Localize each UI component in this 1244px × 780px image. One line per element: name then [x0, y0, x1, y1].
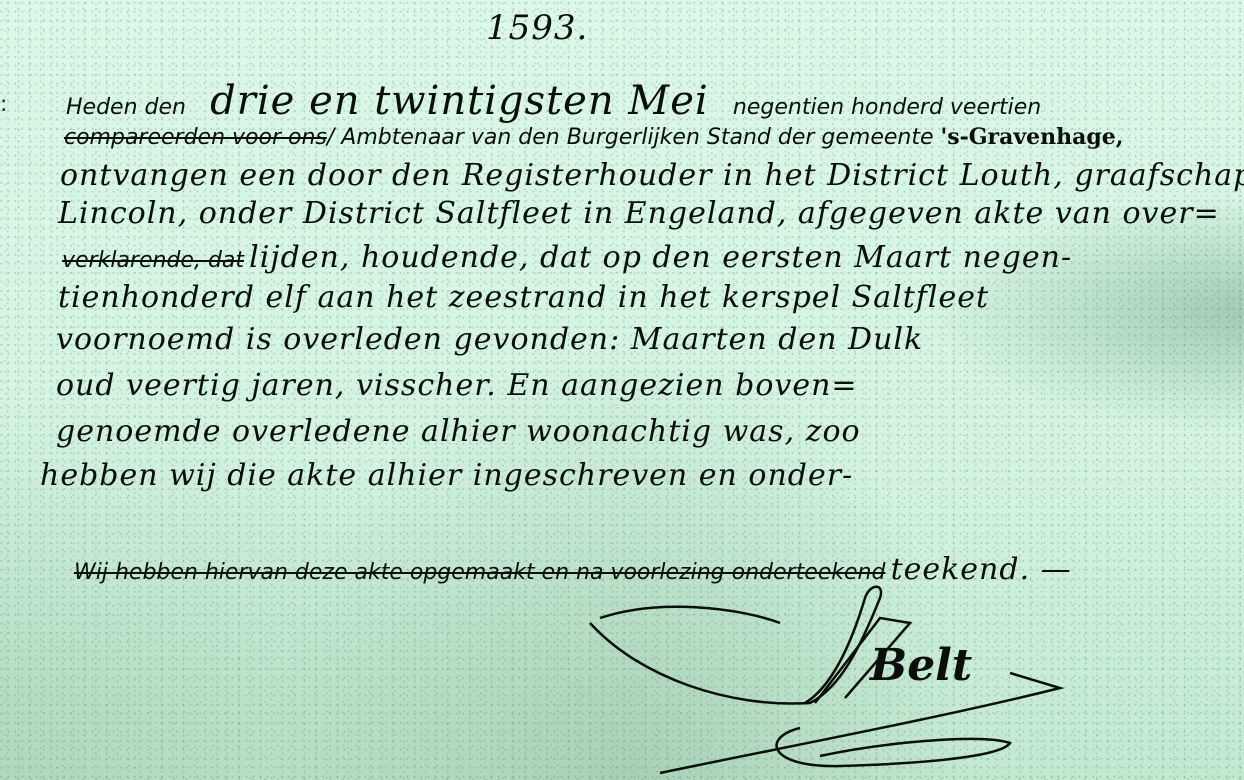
printed-text: negentien honderd veertien: [733, 95, 1041, 120]
document-number: 1593.: [486, 8, 588, 48]
text-line-8: oud veertig jaren, visscher. En aangezie…: [56, 368, 858, 403]
signature-name: Belt: [870, 640, 972, 691]
handwritten-date: drie en twintigsten Mei: [210, 78, 709, 124]
document-page: : 1593. Heden den drie en twintigsten Me…: [0, 0, 1244, 780]
struck-printed-text: compareerden voor ons: [64, 125, 327, 150]
text-line-2: compareerden voor ons/ Ambtenaar van den…: [64, 124, 1123, 150]
text-line-3: ontvangen een door den Registerhouder in…: [60, 158, 1244, 193]
margin-mark: :: [0, 92, 7, 117]
handwritten-text: lijden, houdende, dat op den eersten Maa…: [249, 240, 1072, 275]
signature-flourish-icon: [580, 578, 1080, 778]
printed-text: Heden den: [66, 95, 186, 120]
text-line-5: verklarende, dat lijden, houdende, dat o…: [62, 240, 1072, 275]
text-line-4: Lincoln, onder District Saltfleet in Eng…: [58, 196, 1220, 231]
text-line-9: genoemde overledene alhier woonachtig wa…: [56, 414, 861, 449]
text-line-1: Heden den drie en twintigsten Mei negent…: [66, 78, 1041, 124]
printed-text: / Ambtenaar van den Burgerlijken Stand d…: [327, 125, 941, 150]
municipality-name: 's-Gravenhage,: [941, 124, 1124, 150]
struck-printed-text: verklarende, dat: [62, 248, 244, 273]
text-line-6: tienhonderd elf aan het zeestrand in het…: [58, 280, 989, 315]
text-line-7: voornoemd is overleden gevonden: Maarten…: [56, 322, 923, 357]
text-line-10: hebben wij die akte alhier ingeschreven …: [40, 458, 853, 493]
